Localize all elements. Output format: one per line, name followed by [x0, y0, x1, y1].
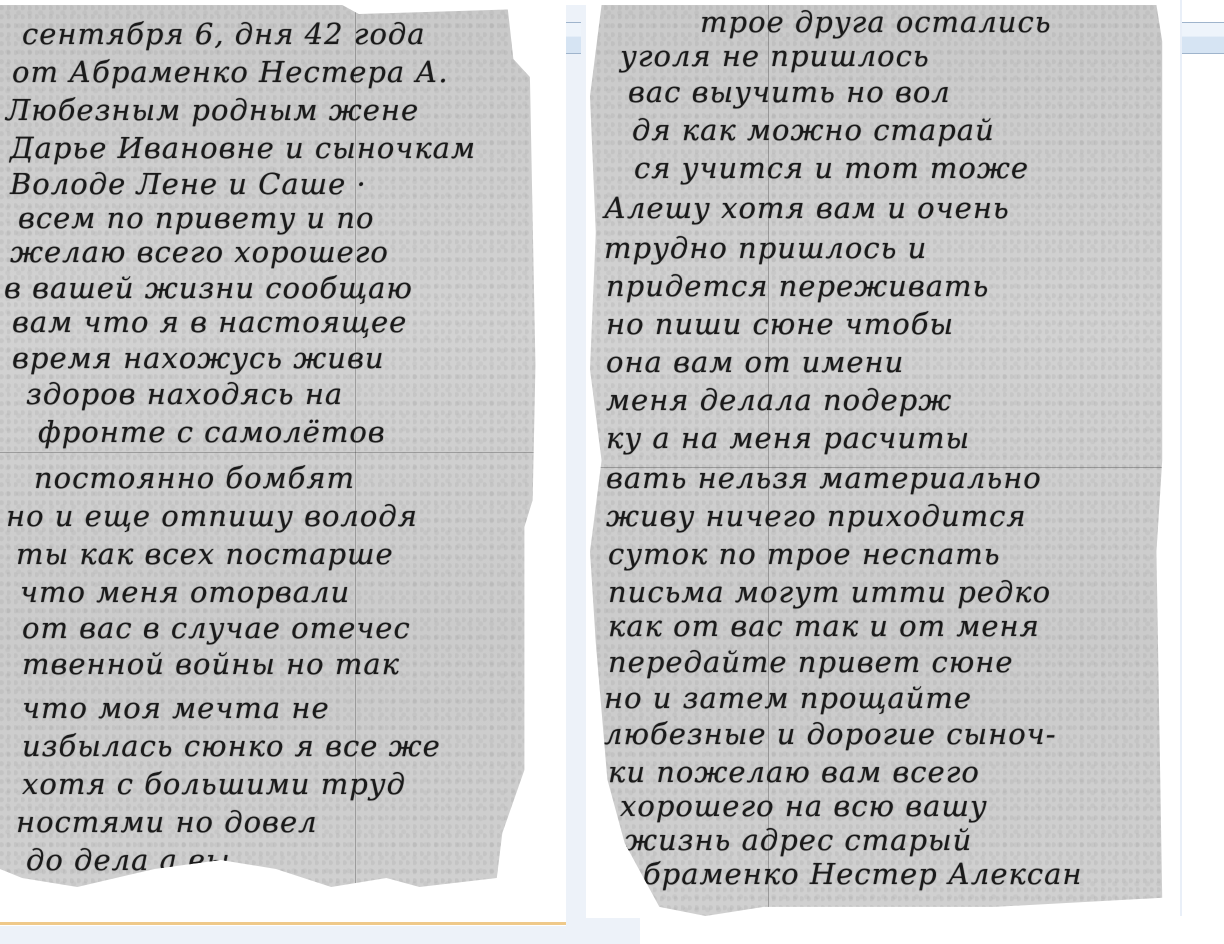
text-line: но пиши сюне чтобы: [606, 307, 954, 341]
text-line: ты как всех постарше: [16, 537, 394, 571]
text-line: хотя с большими труд: [22, 767, 406, 801]
text-line: Абраменко Нестер Алексан: [620, 857, 1083, 891]
text-line: постоянно бомбят: [34, 461, 355, 495]
text-line: что моя мечта не: [22, 691, 330, 725]
text-line: ностями но довел: [16, 805, 318, 839]
paper-fold-horizontal: [0, 452, 552, 453]
text-line: всем по привету и по: [18, 201, 374, 235]
text-line: до дела а вы: [26, 843, 231, 877]
text-line: вас выучить но вол: [628, 75, 951, 109]
text-line: передайте привет сюне: [608, 645, 1014, 679]
viewer-background-strip: [566, 5, 586, 944]
text-line: дя как можно старай: [632, 113, 995, 147]
text-line: трудно пришлось и: [604, 231, 927, 265]
text-line: что меня оторвали: [20, 575, 350, 609]
text-line: вать нельзя материально: [606, 461, 1042, 495]
text-line: хорошего на всю вашу: [620, 789, 988, 823]
text-line: избылась сюнко я все же: [22, 729, 441, 763]
text-line: Любезным родным жене: [6, 93, 419, 127]
text-line: фронте с самолётов: [38, 415, 386, 449]
text-line: живу ничего приходится: [606, 499, 1027, 533]
viewer-toolbar-fragment: [1182, 22, 1224, 54]
text-line: уголя не пришлось: [620, 39, 930, 73]
viewer-toolbar-fragment: [566, 22, 581, 54]
text-line: вам что я в настоящее: [12, 305, 407, 339]
text-line: но и затем прощайте: [604, 681, 972, 715]
text-line: Володе Лене и Саше ·: [10, 167, 367, 201]
text-line: меня делала подерж: [606, 383, 952, 417]
text-line: от вас в случае отечес: [22, 611, 411, 645]
text-line: Дарье Ивановне и сыночкам: [10, 131, 476, 165]
viewer-panel-edge: [1180, 0, 1182, 916]
text-line: но и еще отпишу володя: [6, 499, 418, 533]
text-line: Алешу хотя вам и очень: [604, 191, 1010, 225]
text-line: ся учится и тот тоже: [634, 151, 1029, 185]
text-line: жизнь адрес старый: [624, 823, 972, 857]
viewer-status-area: [0, 926, 640, 944]
text-line: в вашей жизни сообщаю: [4, 271, 413, 305]
selection-accent-line: [0, 922, 566, 925]
text-line: твенной войны но так: [22, 647, 400, 681]
text-line: здоров находясь на: [26, 377, 343, 411]
viewer-status-area: [586, 918, 640, 944]
text-line: желаю всего хорошего: [10, 235, 389, 269]
text-line: трое друга остались: [700, 5, 1052, 39]
text-line: суток по трое неспать: [608, 537, 1001, 571]
text-line: время нахожусь живи: [12, 341, 385, 375]
text-line: любезные и дорогие сыноч-: [604, 717, 1057, 751]
letter-page-left: сентября 6, дня 42 года от Абраменко Нес…: [0, 5, 552, 905]
letter-page-right: трое друга остались уголя не пришлось ва…: [590, 5, 1168, 916]
text-line: как от вас так и от меня: [608, 609, 1040, 643]
text-line: письма могут итти редко: [608, 575, 1051, 609]
text-line: она вам от имени: [606, 345, 904, 379]
text-line: придется переживать: [606, 269, 989, 303]
text-line: сентября 6, дня 42 года: [22, 17, 426, 51]
image-viewer: сентября 6, дня 42 года от Абраменко Нес…: [0, 0, 1224, 944]
text-line: ки пожелаю вам всего: [608, 755, 980, 789]
text-line: ку а на меня расчиты: [606, 421, 970, 455]
text-line: от Абраменко Нестера А.: [12, 55, 449, 89]
